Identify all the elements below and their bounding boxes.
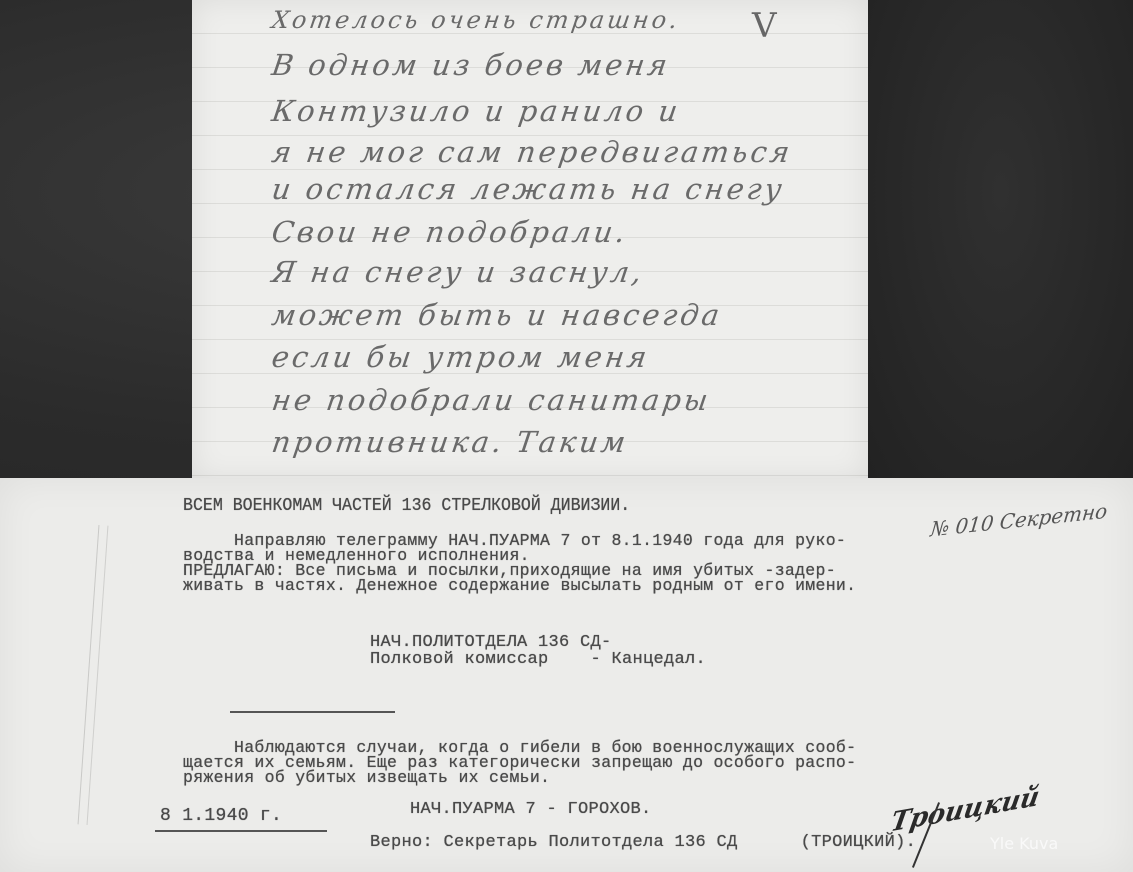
certification-line: Верно: Секретарь Политотдела 136 СД (ТРО… — [370, 833, 916, 852]
note-line: Хотелось очень страшно. — [270, 6, 682, 34]
paragraph-1-line: живать в частях. Денежное содержание выс… — [183, 578, 856, 593]
check-mark-icon: V — [752, 6, 777, 46]
document-date: 8 1.1940 г. — [160, 806, 282, 826]
paragraph-2-line: ряжения об убитых извещать их семьи. — [183, 770, 550, 785]
signature-block-2: НАЧ.ПУАРМА 7 - ГОРОХОВ. — [410, 800, 652, 819]
note-line: противника. Таким — [270, 425, 631, 459]
document-heading: ВСЕМ ВОЕНКОМАМ ЧАСТЕЙ 136 СТРЕЛКОВОЙ ДИВ… — [183, 496, 630, 516]
note-line: может быть и навсегда — [270, 298, 725, 332]
note-line: Свои не подобрали. — [270, 215, 631, 249]
note-line: Контузило и ранило и — [270, 94, 683, 128]
note-line: если бы утром меня — [270, 340, 652, 374]
note-line: не подобрали санитары — [270, 383, 713, 417]
note-line: В одном из боев меня — [270, 48, 673, 82]
signature-block-name: Полковой комиссар - Канцедал. — [370, 650, 706, 669]
section-divider — [230, 711, 395, 713]
date-underline — [155, 830, 327, 832]
note-line: Я на снегу и заснул, — [270, 255, 647, 289]
note-line: и остался лежать на снегу — [270, 172, 787, 206]
note-line: я не мог сам передвигаться — [270, 135, 795, 169]
watermark: Yle Kuva — [990, 834, 1058, 853]
dark-background-right — [868, 0, 1133, 480]
handwritten-note: Хотелось очень страшно. V В одном из бое… — [192, 0, 868, 480]
handwritten-annotation: № 010 Секретно — [929, 499, 1108, 542]
